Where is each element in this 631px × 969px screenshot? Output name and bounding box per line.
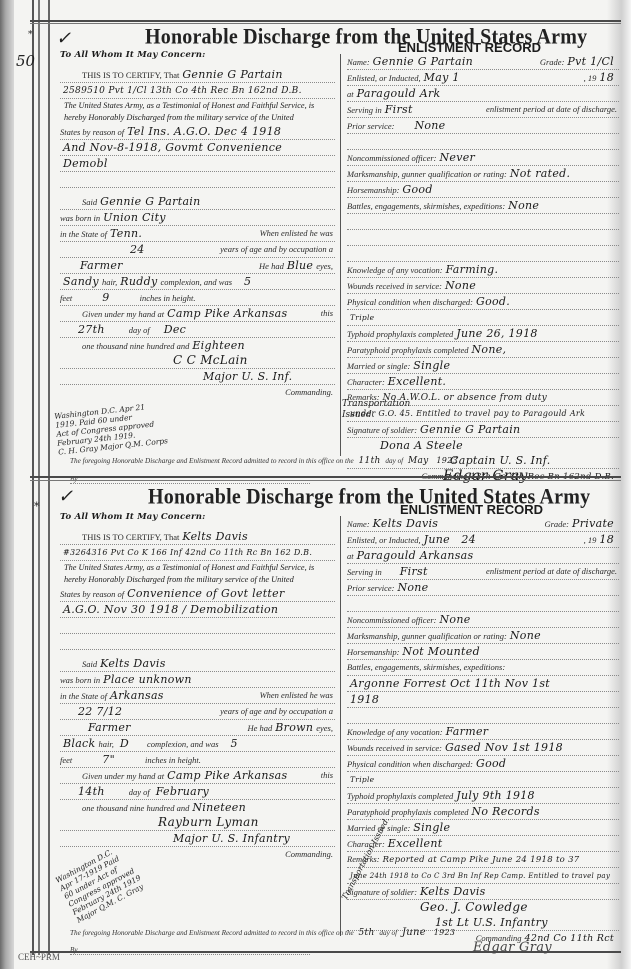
year-line: one thousand nine hundred andEighteen — [60, 338, 335, 353]
birth-state: Tenn. — [107, 227, 145, 240]
state-line: in the State ofArkansasWhen enlisted he … — [60, 688, 335, 704]
er-signature-line: Signature of soldier:Kelts Davis — [347, 884, 619, 900]
born-label: was born in — [60, 213, 100, 223]
hair-color: Black — [60, 737, 99, 750]
occupation-eyes-line: FarmerHe hadBlueeyes, — [60, 258, 335, 274]
horsemanship: Good — [399, 183, 435, 196]
reason-label: States by reason of — [60, 589, 124, 599]
paratyphoid: None, — [469, 343, 510, 356]
salutation: To All Whom It May Concern: — [60, 48, 335, 63]
soldier-name: Kelts Davis — [179, 530, 251, 543]
er-prior-line: Prior service:None — [347, 118, 619, 134]
given-day: 27th — [60, 323, 129, 336]
admitted-label: The foregoing Honorable Discharge and En… — [70, 929, 354, 937]
enlisted-place: Paragould Ark — [354, 87, 444, 100]
eye-color: Brown — [272, 721, 316, 734]
eyes-label: He had — [259, 261, 284, 271]
given-day: 14th — [60, 785, 129, 798]
vocation-label: Knowledge of any vocation: — [347, 265, 443, 275]
age: 24 — [60, 243, 148, 256]
reason-line-2: A.G.O. Nov 30 1918 / Demobilization — [60, 602, 335, 618]
serial-unit-line: #3264316 Pvt Co K 166 Inf 42nd Co 11th R… — [60, 545, 335, 561]
admitted-day-label: day of — [379, 929, 397, 937]
admitted-label: The foregoing Honorable Discharge and En… — [70, 457, 354, 465]
enlisted-date: May 1 — [421, 71, 463, 84]
certify-line: THIS IS TO CERTIFY, ThatKelts Davis — [60, 529, 335, 545]
height-feet: 5 — [232, 275, 254, 288]
er-name: Kelts Davis — [370, 517, 442, 530]
given-month: Dec — [150, 323, 189, 336]
enlisted-year: 18 — [596, 533, 617, 546]
given-label: Given under my hand at — [82, 309, 164, 319]
height-feet: 5 — [219, 737, 241, 750]
occupation: Farmer — [60, 259, 126, 272]
serving-label: Serving in — [347, 567, 382, 577]
admitted-year: 1923 — [433, 456, 461, 465]
marksmanship: Not rated. — [507, 167, 573, 180]
er-signature-line: Signature of soldier:Gennie G Partain — [347, 422, 619, 438]
er-vocation-line: Knowledge of any vocation:Farming. — [347, 262, 619, 278]
remarks: Reported at Camp Pike June 24 1918 to 37 — [380, 855, 583, 865]
reason-line-4 — [60, 172, 335, 188]
wounds-label: Wounds received in service: — [347, 743, 442, 753]
enlisted-label: Enlisted, or Inducted, — [347, 535, 421, 545]
commanding-label: Commanding. — [285, 847, 333, 862]
admitted-day: 5th — [356, 928, 378, 938]
married-label: Married or single: — [347, 361, 410, 371]
feet-label: feet — [60, 293, 72, 303]
paratyphoid-label: Paratyphoid prophylaxis completed — [347, 807, 469, 817]
hair-complexion-line: Sandyhair,Ruddycomplexion, and was5 — [60, 274, 335, 290]
admitted-year: 1923 — [431, 928, 459, 937]
admitted-month: May — [405, 456, 432, 466]
marital-status: Single — [410, 821, 453, 834]
serial-unit-line: 2589510 Pvt 1/Cl 13th Co 4th Rec Bn 162n… — [60, 83, 335, 99]
reason-line-1: States by reason ofTel Ins. A.G.O. Dec 4… — [60, 124, 335, 140]
marksmanship-label: Marksmanship, gunner qualification or ra… — [347, 631, 507, 641]
serving-label: Serving in — [347, 105, 382, 115]
given-month: February — [150, 785, 212, 798]
serving-period: First — [382, 103, 416, 116]
check-mark: ✓ — [58, 486, 73, 507]
year-label: one thousand nine hundred and — [82, 803, 189, 813]
grade: Private — [569, 517, 617, 530]
physical-condition: Good. — [473, 295, 513, 308]
nco: None — [436, 613, 473, 626]
remarks-cont: June 24th 1918 to Co C 3rd Bn Inf Rep Ca… — [347, 872, 613, 880]
born-label: was born in — [60, 675, 100, 685]
year-prefix: , 19 — [584, 535, 597, 545]
er-serving-line: Serving inFirstenlistment period at date… — [347, 102, 619, 118]
reason: Tel Ins. A.G.O. Dec 4 1918 — [124, 125, 284, 138]
reason-cont: A.G.O. Nov 30 1918 / Demobilization — [60, 603, 281, 616]
this-label: this — [321, 768, 333, 783]
enlistment-record: Name:Kelts DavisGrade:Private Enlisted, … — [340, 516, 619, 936]
er-wounds-line: Wounds received in service:None — [347, 278, 619, 294]
born-line: was born inUnion City — [60, 210, 335, 226]
er-blank — [347, 246, 619, 262]
officer-signature-line: Rayburn Lyman — [60, 815, 335, 831]
er-character-line: Character:Excellent. — [347, 374, 619, 390]
nco-label: Noncommissioned officer: — [347, 615, 436, 625]
nco-label: Noncommissioned officer: — [347, 153, 436, 163]
enlisted-was-label: When enlisted he was — [260, 688, 333, 703]
er-married-line: Married or single:Single — [347, 358, 619, 374]
feet-label: feet — [60, 755, 72, 765]
er-blank: Triple — [347, 310, 619, 326]
complexion-label: complexion, and was — [147, 739, 219, 749]
marital-status: Single — [410, 359, 453, 372]
physical-condition: Good — [473, 757, 509, 770]
paratyphoid: No Records — [469, 805, 543, 818]
eyes-label-post: eyes, — [316, 261, 333, 271]
er-remarks-line: Remarks:Reported at Camp Pike June 24 19… — [347, 852, 619, 868]
horsemanship-label: Horsemanship: — [347, 647, 399, 657]
state-label: in the State of — [60, 691, 107, 701]
reason-line-1: States by reason ofConvenience of Govt l… — [60, 586, 335, 602]
enlisted-date: June 24 — [421, 533, 479, 546]
serial-unit: #3264316 Pvt Co K 166 Inf 42nd Co 11th R… — [60, 548, 315, 557]
physical-label: Physical condition when discharged: — [347, 297, 473, 307]
er-name-label: Name: — [347, 519, 370, 529]
er-marksmanship-line: Marksmanship, gunner qualification or ra… — [347, 628, 619, 644]
er-character-line: Character:Excellent — [347, 836, 619, 852]
er-physical-line: Physical condition when discharged:Good — [347, 756, 619, 772]
at-label: at — [347, 89, 354, 99]
age: 22 7/12 — [60, 705, 125, 718]
er-blank — [347, 134, 619, 150]
enlisted-label: Enlisted, or Inducted, — [347, 73, 421, 83]
reason-label: States by reason of — [60, 127, 124, 137]
margin-mark: * — [28, 30, 33, 40]
enlistment-record-title: ENLISTMENT RECORD — [400, 502, 543, 517]
given-place: Camp Pike Arkansas — [164, 769, 290, 782]
er-blank: Triple — [347, 772, 619, 788]
day-line: 27thday ofDec — [60, 322, 335, 338]
height-inches: 7" — [72, 753, 145, 766]
officer-rank-line: Major U. S. Inf. — [60, 369, 335, 385]
eyes-label: He had — [247, 723, 272, 733]
transportation-note: Transportation Issued. — [342, 399, 412, 421]
battles: None — [505, 199, 542, 212]
age-line: 22 7/12years of age and by occupation a — [60, 704, 335, 720]
complexion-label: complexion, and was — [160, 277, 232, 287]
er-blank — [347, 230, 619, 246]
er-horsemanship-line: Horsemanship:Good — [347, 182, 619, 198]
certify-label: THIS IS TO CERTIFY, That — [82, 532, 179, 542]
er-officer-signature-line: Geo. J. Cowledge — [347, 900, 619, 915]
wounds: None — [442, 279, 479, 292]
check-mark: ✓ — [56, 28, 71, 49]
eyes-label-post: eyes, — [316, 723, 333, 733]
day-line: 14thday ofFebruary — [60, 784, 335, 800]
height-line: feet9inches in height. — [60, 290, 335, 306]
serial-unit: 2589510 Pvt 1/Cl 13th Co 4th Rec Bn 162n… — [60, 86, 305, 96]
born-line: was born inPlace unknown — [60, 672, 335, 688]
typhoid: July 9th 1918 — [453, 789, 538, 802]
er-enlisted-line: Enlisted, or Inducted,June 24, 1918 — [347, 532, 619, 548]
admitted-day-label: day of — [385, 457, 403, 465]
grade: Pvt 1/Cl — [564, 55, 617, 68]
prior-label: Prior service: — [347, 121, 394, 131]
birthplace: Union City — [100, 211, 169, 224]
officer-signature: C C McLain — [170, 353, 251, 367]
hair-color: Sandy — [60, 275, 102, 288]
discharge-section: To All Whom It May Concern: THIS IS TO C… — [60, 48, 335, 400]
triple-note: Triple — [347, 313, 377, 322]
er-battles-line: Battles, engagements, skirmishes, expedi… — [347, 660, 619, 676]
years-label: years of age and by occupation a — [220, 242, 333, 257]
er-physical-line: Physical condition when discharged:Good. — [347, 294, 619, 310]
er-officer-signature: Geo. J. Cowledge — [417, 900, 531, 914]
year-line: one thousand nine hundred andNineteen — [60, 800, 335, 815]
er-remarks-line-2: June 24th 1918 to Co C 3rd Bn Inf Rep Ca… — [347, 868, 619, 884]
er-typhoid-line: Typhoid prophylaxis completedJuly 9th 19… — [347, 788, 619, 804]
battles-cont — [347, 215, 353, 228]
character: Excellent. — [385, 375, 449, 388]
said-label: Said — [82, 197, 97, 207]
er-name-label: Name: — [347, 57, 370, 67]
scan-edge-left — [0, 0, 14, 969]
er-marksmanship-line: Marksmanship, gunner qualification or ra… — [347, 166, 619, 182]
day-of-label: day of — [129, 787, 150, 797]
discharge-section: To All Whom It May Concern: THIS IS TO C… — [60, 510, 335, 862]
er-vocation-line: Knowledge of any vocation:Farmer — [347, 724, 619, 740]
top-border — [30, 20, 621, 22]
typhoid-label: Typhoid prophylaxis completed — [347, 329, 453, 339]
nco: Never — [436, 151, 478, 164]
typhoid-label: Typhoid prophylaxis completed — [347, 791, 453, 801]
er-serving-line: Serving inFirstenlistment period at date… — [347, 564, 619, 580]
er-battles-line-2 — [347, 214, 619, 230]
admitted-month: June — [399, 927, 429, 938]
at-label: at — [347, 551, 354, 561]
bottom-border — [30, 951, 621, 953]
testimonial-text: The United States Army, as a Testimonial… — [60, 99, 335, 124]
occupation-eyes-line: FarmerHe hadBrowneyes, — [60, 720, 335, 736]
officer-rank-line: Major U. S. Infantry — [60, 831, 335, 847]
payment-annotation: Washington D.C. Apr 21 1919. Paid 60 und… — [54, 400, 168, 456]
year-prefix: , 19 — [584, 73, 597, 83]
inches-label: inches in height. — [140, 293, 196, 303]
soldier-name: Gennie G Partain — [179, 68, 285, 81]
reason: Convenience of Govt letter — [124, 587, 287, 600]
complexion: D — [114, 737, 147, 750]
character-label: Character: — [347, 377, 385, 387]
said-label: Said — [82, 659, 97, 669]
officer-rank: Major U. S. Infantry — [170, 832, 293, 845]
record-divider-inner — [30, 480, 621, 481]
said-line: SaidKelts Davis — [60, 656, 335, 672]
hair-label: hair, — [102, 277, 117, 287]
said-name: Kelts Davis — [97, 657, 169, 670]
enlisted-year: 18 — [596, 71, 617, 84]
er-blank — [347, 708, 619, 724]
enlistment-record-title: ENLISTMENT RECORD — [398, 40, 541, 55]
signature-label: Signature of soldier: — [347, 887, 417, 897]
officer-signature: Rayburn Lyman — [155, 815, 262, 829]
given-line: Given under my hand atCamp Pike Arkansas… — [60, 306, 335, 322]
character: Excellent — [385, 837, 446, 850]
complexion: Ruddy — [117, 275, 160, 288]
signature-label: Signature of soldier: — [347, 425, 417, 435]
er-enlisted-line: Enlisted, or Inducted,May 1, 1918 — [347, 70, 619, 86]
discharge-form-1: ✓ Honorable Discharge from the United St… — [50, 24, 620, 464]
officer-signature-line: C C McLain — [60, 353, 335, 369]
given-place: Camp Pike Arkansas — [164, 307, 290, 320]
battles-cont: 1918 — [347, 693, 382, 706]
officer-rank: Major U. S. Inf. — [200, 370, 295, 383]
given-label: Given under my hand at — [82, 771, 164, 781]
hair-complexion-line: Blackhair,Dcomplexion, and was5 — [60, 736, 335, 752]
wounds: Gased Nov 1st 1918 — [442, 741, 566, 754]
this-label: this — [321, 306, 333, 321]
grade-label: Grade: — [544, 519, 569, 529]
er-battles-line-3: 1918 — [347, 692, 619, 708]
er-officer-signature: Dona A Steele — [377, 439, 466, 452]
year-label: one thousand nine hundred and — [82, 341, 189, 351]
reason-cont: Demobl — [60, 157, 111, 170]
serving-suffix: enlistment period at date of discharge. — [486, 564, 617, 579]
commanding-line: Commanding. — [60, 385, 335, 400]
vocation: Farmer — [443, 725, 492, 738]
birthplace: Place unknown — [100, 673, 195, 686]
given-year: Nineteen — [189, 801, 249, 814]
commanding-label: Commanding. — [285, 385, 333, 400]
reason-line-3 — [60, 618, 335, 634]
marksmanship-label: Marksmanship, gunner qualification or ra… — [347, 169, 507, 179]
paratyphoid-label: Paratyphoid prophylaxis completed — [347, 345, 469, 355]
er-nco-line: Noncommissioned officer:Never — [347, 150, 619, 166]
er-battles-line: Battles, engagements, skirmishes, expedi… — [347, 198, 619, 214]
day-of-label: day of — [129, 325, 150, 335]
admitted-line: The foregoing Honorable Discharge and En… — [70, 927, 458, 938]
occupation: Farmer — [60, 721, 134, 734]
serving-suffix: enlistment period at date of discharge. — [486, 102, 617, 117]
grade-label: Grade: — [540, 57, 565, 67]
er-wounds-line: Wounds received in service:Gased Nov 1st… — [347, 740, 619, 756]
enlisted-was-label: When enlisted he was — [260, 226, 333, 241]
er-at-line: atParagould Arkansas — [347, 548, 619, 564]
typhoid: June 26, 1918 — [453, 327, 540, 340]
archive-stamp: CEH~PRM — [18, 952, 60, 962]
inches-label: inches in height. — [145, 755, 201, 765]
horsemanship: Not Mounted — [399, 645, 483, 658]
testimonial-text: The United States Army, as a Testimonial… — [60, 561, 335, 586]
margin-mark: * — [34, 500, 40, 513]
given-line: Given under my hand atCamp Pike Arkansas… — [60, 768, 335, 784]
er-prior-line: Prior service:None — [347, 580, 619, 596]
er-at-line: atParagould Ark — [347, 86, 619, 102]
horsemanship-label: Horsemanship: — [347, 185, 399, 195]
prior-label: Prior service: — [347, 583, 394, 593]
battles-label: Battles, engagements, skirmishes, expedi… — [347, 201, 505, 211]
said-name: Gennie G Partain — [97, 195, 203, 208]
er-paratyphoid-line: Paratyphoid prophylaxis completedNone, — [347, 342, 619, 358]
er-typhoid-line: Typhoid prophylaxis completedJune 26, 19… — [347, 326, 619, 342]
years-label: years of age and by occupation a — [220, 704, 333, 719]
said-line: SaidGennie G Partain — [60, 194, 335, 210]
reason-line-4 — [60, 634, 335, 650]
state-line: in the State ofTenn.When enlisted he was — [60, 226, 335, 242]
enlisted-place: Paragould Arkansas — [354, 549, 477, 562]
reason-cont — [60, 619, 66, 632]
reason-line-2: And Nov-8-1918, Govmt Convenience — [60, 140, 335, 156]
battles-label: Battles, engagements, skirmishes, expedi… — [347, 662, 505, 672]
soldier-signature: Gennie G Partain — [417, 423, 523, 436]
er-nco-line: Noncommissioned officer:None — [347, 612, 619, 628]
certify-line: THIS IS TO CERTIFY, ThatGennie G Partain — [60, 67, 335, 83]
prior-service: None — [394, 581, 431, 594]
wounds-label: Wounds received in service: — [347, 281, 442, 291]
vocation: Farming. — [443, 263, 502, 276]
er-battles-line-2: Argonne Forrest Oct 11th Nov 1st — [347, 676, 619, 692]
er-blank — [347, 596, 619, 612]
given-year: Eighteen — [189, 339, 248, 352]
er-name-line: Name:Kelts DavisGrade:Private — [347, 516, 619, 532]
vocation-label: Knowledge of any vocation: — [347, 727, 443, 737]
marksmanship: None — [507, 629, 544, 642]
hair-label: hair, — [99, 739, 114, 749]
er-horsemanship-line: Horsemanship:Not Mounted — [347, 644, 619, 660]
page-number: 50 — [16, 52, 35, 70]
serving-period: First — [382, 565, 431, 578]
battles: Argonne Forrest Oct 11th Nov 1st — [347, 677, 553, 690]
discharge-form-2: ✓ Honorable Discharge from the United St… — [50, 482, 620, 952]
birth-state: Arkansas — [107, 689, 167, 702]
soldier-signature: Kelts Davis — [417, 885, 489, 898]
er-officer-rank: Captain U. S. Inf. — [447, 454, 554, 467]
admitted-line: The foregoing Honorable Discharge and En… — [70, 456, 461, 466]
height-line: feet7"inches in height. — [60, 752, 335, 768]
er-name-line: Name:Gennie G PartainGrade:Pvt 1/Cl — [347, 54, 619, 70]
state-label: in the State of — [60, 229, 107, 239]
certify-label: THIS IS TO CERTIFY, That — [82, 70, 179, 80]
prior-service: None — [394, 119, 448, 132]
reason-cont: And Nov-8-1918, Govmt Convenience — [60, 141, 285, 154]
eye-color: Blue — [284, 259, 316, 272]
age-line: 24years of age and by occupation a — [60, 242, 335, 258]
reason-line-3: Demobl — [60, 156, 335, 172]
record-divider — [30, 476, 621, 478]
er-name: Gennie G Partain — [370, 55, 476, 68]
enlistment-record: Name:Gennie G PartainGrade:Pvt 1/Cl Enli… — [340, 54, 619, 456]
admitted-day: 11th — [356, 456, 384, 466]
salutation: To All Whom It May Concern: — [60, 510, 335, 525]
triple-note: Triple — [347, 775, 377, 784]
er-officer-signature-line: Dona A Steele — [347, 438, 619, 453]
physical-label: Physical condition when discharged: — [347, 759, 473, 769]
height-inches: 9 — [72, 291, 139, 304]
